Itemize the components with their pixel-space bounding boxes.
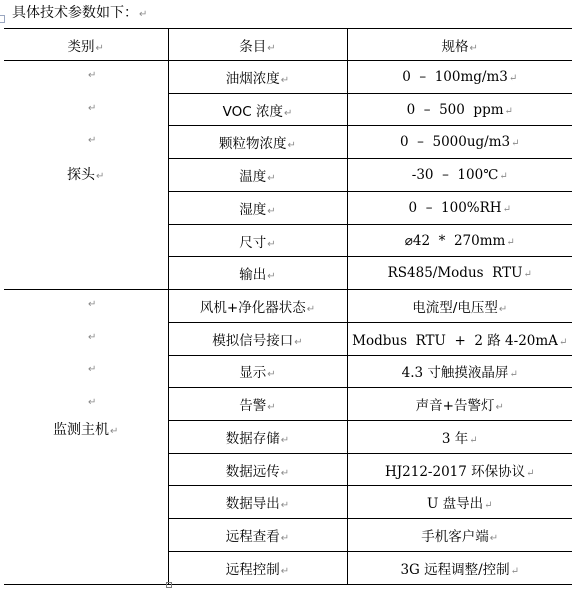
paragraph-mark-icon: ↵ — [559, 337, 567, 348]
category-probe: ↵↵↵探头↵ — [4, 61, 168, 290]
intro-text: 具体技术参数如下： — [12, 5, 138, 21]
paragraph-mark-icon: ↵ — [499, 171, 507, 182]
paragraph-mark-icon: ↵ — [503, 204, 511, 215]
paragraph-mark-icon: ↵ — [469, 435, 477, 446]
intro-paragraph: 具体技术参数如下：↵ — [12, 3, 147, 25]
paragraph-mark-icon: ↵ — [499, 304, 507, 315]
paragraph-mark-icon: ↵ — [281, 566, 289, 577]
item-cell: 远程控制↵ — [168, 551, 347, 584]
paragraph-mark-icon: ↵ — [281, 500, 289, 511]
paragraph-mark-icon: ↵ — [505, 106, 513, 117]
item-cell: 颗粒物浓度↵ — [168, 126, 347, 159]
paragraph-mark-icon: ↵ — [267, 206, 275, 217]
paragraph-mark-icon: ↵ — [294, 337, 302, 348]
spec-cell: U 盘导出↵ — [347, 486, 572, 519]
paragraph-mark-icon: ↵ — [88, 364, 96, 375]
table-row: ↵↵↵探头↵油烟浓度↵0 – 100mg/m3↵ — [4, 61, 572, 94]
paragraph-mark-icon: ↵ — [511, 138, 519, 149]
spec-cell: 4.3 寸触摸液晶屏↵ — [347, 355, 572, 388]
spec-cell: 声音+告警灯↵ — [347, 388, 572, 421]
paragraph-mark-icon: ↵ — [88, 70, 96, 81]
spec-cell: -30 – 100℃↵ — [347, 159, 572, 192]
paragraph-mark-icon: ↵ — [139, 9, 147, 20]
spec-cell: 0 – 500 ppm↵ — [347, 93, 572, 126]
table-resize-handle[interactable] — [166, 582, 172, 588]
spec-cell: ⌀42 * 270mm↵ — [347, 224, 572, 257]
item-cell: 告警↵ — [168, 388, 347, 421]
spec-cell: 0 – 100mg/m3↵ — [347, 61, 572, 94]
paragraph-mark-icon: ↵ — [88, 332, 96, 343]
table-row: ↵↵↵↵监测主机↵风机+净化器状态↵电流型/电压型↵ — [4, 290, 572, 323]
paragraph-mark-icon: ↵ — [307, 304, 315, 315]
item-cell: 显示↵ — [168, 355, 347, 388]
item-cell: 温度↵ — [168, 159, 347, 192]
paragraph-mark-icon: ↵ — [284, 108, 292, 119]
paragraph-mark-icon: ↵ — [267, 369, 275, 380]
item-cell: 输出↵ — [168, 257, 347, 290]
paragraph-mark-icon: ↵ — [96, 43, 104, 54]
paragraph-mark-icon: ↵ — [490, 533, 498, 544]
paragraph-mark-icon: ↵ — [288, 140, 296, 151]
paragraph-mark-icon: ↵ — [281, 533, 289, 544]
paragraph-mark-icon: ↵ — [484, 500, 492, 511]
paragraph-mark-icon: ↵ — [509, 369, 517, 380]
item-cell: 湿度↵ — [168, 191, 347, 224]
item-cell: 模拟信号接口↵ — [168, 322, 347, 355]
spec-cell: RS485/Modus RTU↵ — [347, 257, 572, 290]
paragraph-mark-icon: ↵ — [281, 435, 289, 446]
item-cell: 油烟浓度↵ — [168, 61, 347, 94]
item-cell: 尺寸↵ — [168, 224, 347, 257]
paragraph-mark-icon: ↵ — [110, 426, 118, 437]
spec-cell: 0 – 5000ug/m3↵ — [347, 126, 572, 159]
paragraph-mark-icon: ↵ — [281, 75, 289, 86]
paragraph-mark-icon: ↵ — [88, 299, 96, 310]
paragraph-mark-icon: ↵ — [88, 135, 96, 146]
paragraph-mark-icon: ↵ — [267, 173, 275, 184]
paragraph-mark-icon: ↵ — [281, 468, 289, 479]
paragraph-mark-icon: ↵ — [526, 468, 534, 479]
paragraph-mark-icon: ↵ — [511, 566, 519, 577]
paragraph-mark-icon: ↵ — [495, 402, 503, 413]
paragraph-mark-icon: ↵ — [267, 43, 275, 54]
spec-cell: 3 年↵ — [347, 421, 572, 454]
spec-table: 类别↵ 条目↵ 规格↵ ↵↵↵探头↵油烟浓度↵0 – 100mg/m3↵VOC … — [4, 28, 572, 585]
paragraph-mark-icon: ↵ — [509, 73, 517, 84]
header-category: 类别↵ — [4, 29, 168, 61]
paragraph-mark-icon: ↵ — [506, 237, 514, 248]
spec-cell: 电流型/电压型↵ — [347, 290, 572, 323]
paragraph-mark-icon: ↵ — [523, 269, 531, 280]
spec-cell: 3G 远程调整/控制↵ — [347, 551, 572, 584]
item-cell: 风机+净化器状态↵ — [168, 290, 347, 323]
category-monitor-host: ↵↵↵↵监测主机↵ — [4, 290, 168, 584]
item-cell: 数据导出↵ — [168, 486, 347, 519]
spec-cell: Modbus RTU + 2 路 4-20mA↵ — [347, 322, 572, 355]
header-spec: 规格↵ — [347, 29, 572, 61]
paragraph-mark-icon: ↵ — [470, 43, 478, 54]
category-label: 探头↵ — [4, 164, 168, 184]
spec-cell: 手机客户端↵ — [347, 519, 572, 552]
item-cell: 数据远传↵ — [168, 453, 347, 486]
item-cell: 数据存储↵ — [168, 421, 347, 454]
paragraph-mark-icon: ↵ — [96, 171, 104, 182]
category-label: 监测主机↵ — [4, 419, 168, 439]
header-item: 条目↵ — [168, 29, 347, 61]
paragraph-mark-icon: ↵ — [267, 402, 275, 413]
table-anchor-handle[interactable] — [0, 15, 5, 23]
paragraph-mark-icon: ↵ — [267, 239, 275, 250]
paragraph-mark-icon: ↵ — [88, 397, 96, 408]
spec-cell: 0 – 100%RH↵ — [347, 191, 572, 224]
paragraph-mark-icon: ↵ — [267, 271, 275, 282]
item-cell: 远程查看↵ — [168, 519, 347, 552]
spec-cell: HJ212-2017 环保协议↵ — [347, 453, 572, 486]
table-header-row: 类别↵ 条目↵ 规格↵ — [4, 29, 572, 61]
paragraph-mark-icon: ↵ — [88, 103, 96, 114]
item-cell: VOC 浓度↵ — [168, 93, 347, 126]
